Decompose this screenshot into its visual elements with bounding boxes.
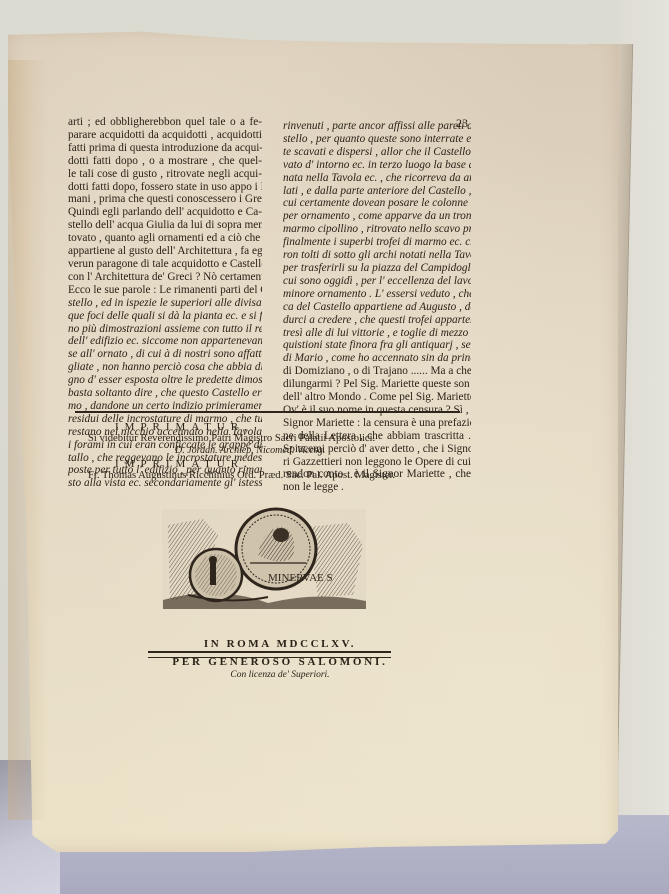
imprimatur-line-2: Fr. Thomas Augustinus Ricchinius Ord. Pr… <box>88 470 395 481</box>
text-line: le tali cose di gusto , ritrovate negli … <box>68 168 262 181</box>
text-line: se all' ornato , di cui à di nostri sono… <box>68 348 262 361</box>
text-line: per trasferirli su la piazza del Campido… <box>283 262 471 275</box>
text-line: verun paragone di tale acquidotto e Cast… <box>68 258 262 271</box>
imprint-printer: PER GENEROSO SALOMONI. <box>160 656 400 668</box>
text-line: quistioni state finora fra gli antiquarj… <box>283 339 471 352</box>
text-line: lati , e dalla parte anteriore del Caste… <box>283 185 471 198</box>
text-line: tovato , quanto agli ornamenti ed a ciò … <box>68 232 262 245</box>
text-line: ron tolti di sotto gli archi notati nell… <box>283 249 471 262</box>
text-line: tresì alle di lui vittorie , e toglie di… <box>283 327 471 340</box>
text-line: dotti fatti dopo, fossero state in uso a… <box>68 181 262 194</box>
text-line: arti ; ed obbligherebbon quel tale o a f… <box>68 116 262 129</box>
text-line: ca del Castello appartiene ad Augusto , … <box>283 301 471 314</box>
text-line: nata nella Tavola ec. , che ricorreva da… <box>283 172 471 185</box>
text-line: no più dimostrazioni assieme con tutto i… <box>68 323 262 336</box>
text-line: parare acquidotti da acquidotti , acquid… <box>68 129 262 142</box>
imprimatur-signature-1: D. Jordan. Archiep. Nicomed. Vicesg. <box>175 445 325 456</box>
text-line: basta soltanto dire , che questo Castell… <box>68 387 262 400</box>
vignette-inscription: MINERVAE S <box>268 572 333 584</box>
text-line: cui sono oggidì , per l' eccellenza del … <box>283 275 471 288</box>
text-line: marmo cipollino , ritrovato nello scavo … <box>283 223 471 236</box>
text-line: finalmente i superbi trofei di marmo ec.… <box>283 236 471 249</box>
text-line: appartiene al gusto dell' Architettura ,… <box>68 245 262 258</box>
text-line: que foci delle quali si dà la pianta ec.… <box>68 310 262 323</box>
text-line: dilungarmi ? Pel Sig. Mariette queste so… <box>283 378 471 391</box>
text-line: di Domiziano , o di Trajano ...... Ma a … <box>283 365 471 378</box>
text-line: Quindi egli parlando dell' acquidotto e … <box>68 206 262 219</box>
text-line: gliate , non hanno perciò cosa che abbia… <box>68 361 262 374</box>
text-line: dell' edifizio ec. siccome non appartene… <box>68 335 262 348</box>
imprint-license: Con licenza de' Superiori. <box>200 670 360 680</box>
engraved-vignette-icon: MINERVAE S <box>158 505 370 613</box>
imprint-city-date: IN ROMA MDCCLXV. <box>200 638 360 650</box>
text-line: stello , ed in ispezie le superiori alle… <box>68 297 262 310</box>
text-line: gno d' esser esposta oltre le predette d… <box>68 374 262 387</box>
text-line: minore ornamento . L' essersi veduto , c… <box>283 288 471 301</box>
text-line: durci a credere , che questi trofei appa… <box>283 314 471 327</box>
text-line: dell' altro Mondo . Come pel Sig. Mariet… <box>283 391 471 404</box>
text-line: dotti fatti dopo , o a mostrare , che qu… <box>68 155 262 168</box>
text-line: rinvenuti , parte ancor affissi alle par… <box>283 120 471 133</box>
section-divider-rule <box>75 411 460 413</box>
imprimatur-heading-2: IMPRIMATUR. <box>115 458 253 470</box>
text-line: te scavati e dispersi , allor che il Cas… <box>283 146 471 159</box>
text-line: Ecco le sue parole : Le rimanenti parti … <box>68 284 262 297</box>
text-line: ri Gazzettieri non leggono le Opere di c… <box>283 456 471 469</box>
text-line: vato d' intorno ec. in terzo luogo la ba… <box>283 159 471 172</box>
imprimatur-line-1: Si videbitur Reverendissimo Patri Magist… <box>88 433 375 444</box>
text-line: Signor Mariette : la censura è una prefa… <box>283 417 471 430</box>
page-stain <box>8 60 48 820</box>
text-line: mani , prima che questi conoscessero i G… <box>68 193 262 206</box>
text-line: non le legge . <box>283 481 471 494</box>
text-line: cui certamente dovean posare le colonne … <box>283 197 471 210</box>
text-line: per ornamento , come apparve da un tronc… <box>283 210 471 223</box>
text-line: con l' Architettura de' Greci ? Nò certa… <box>68 271 262 284</box>
text-line: di Mario , come ho accennato sin da prin… <box>283 352 471 365</box>
text-line: stello dell' acqua Giulia da lui di sopr… <box>68 219 262 232</box>
text-line: stello , per quanto queste sono interrat… <box>283 133 471 146</box>
imprimatur-heading-1: IMPRIMATUR, <box>115 421 253 433</box>
text-line: fatti prima di questa introduzione da ac… <box>68 142 262 155</box>
